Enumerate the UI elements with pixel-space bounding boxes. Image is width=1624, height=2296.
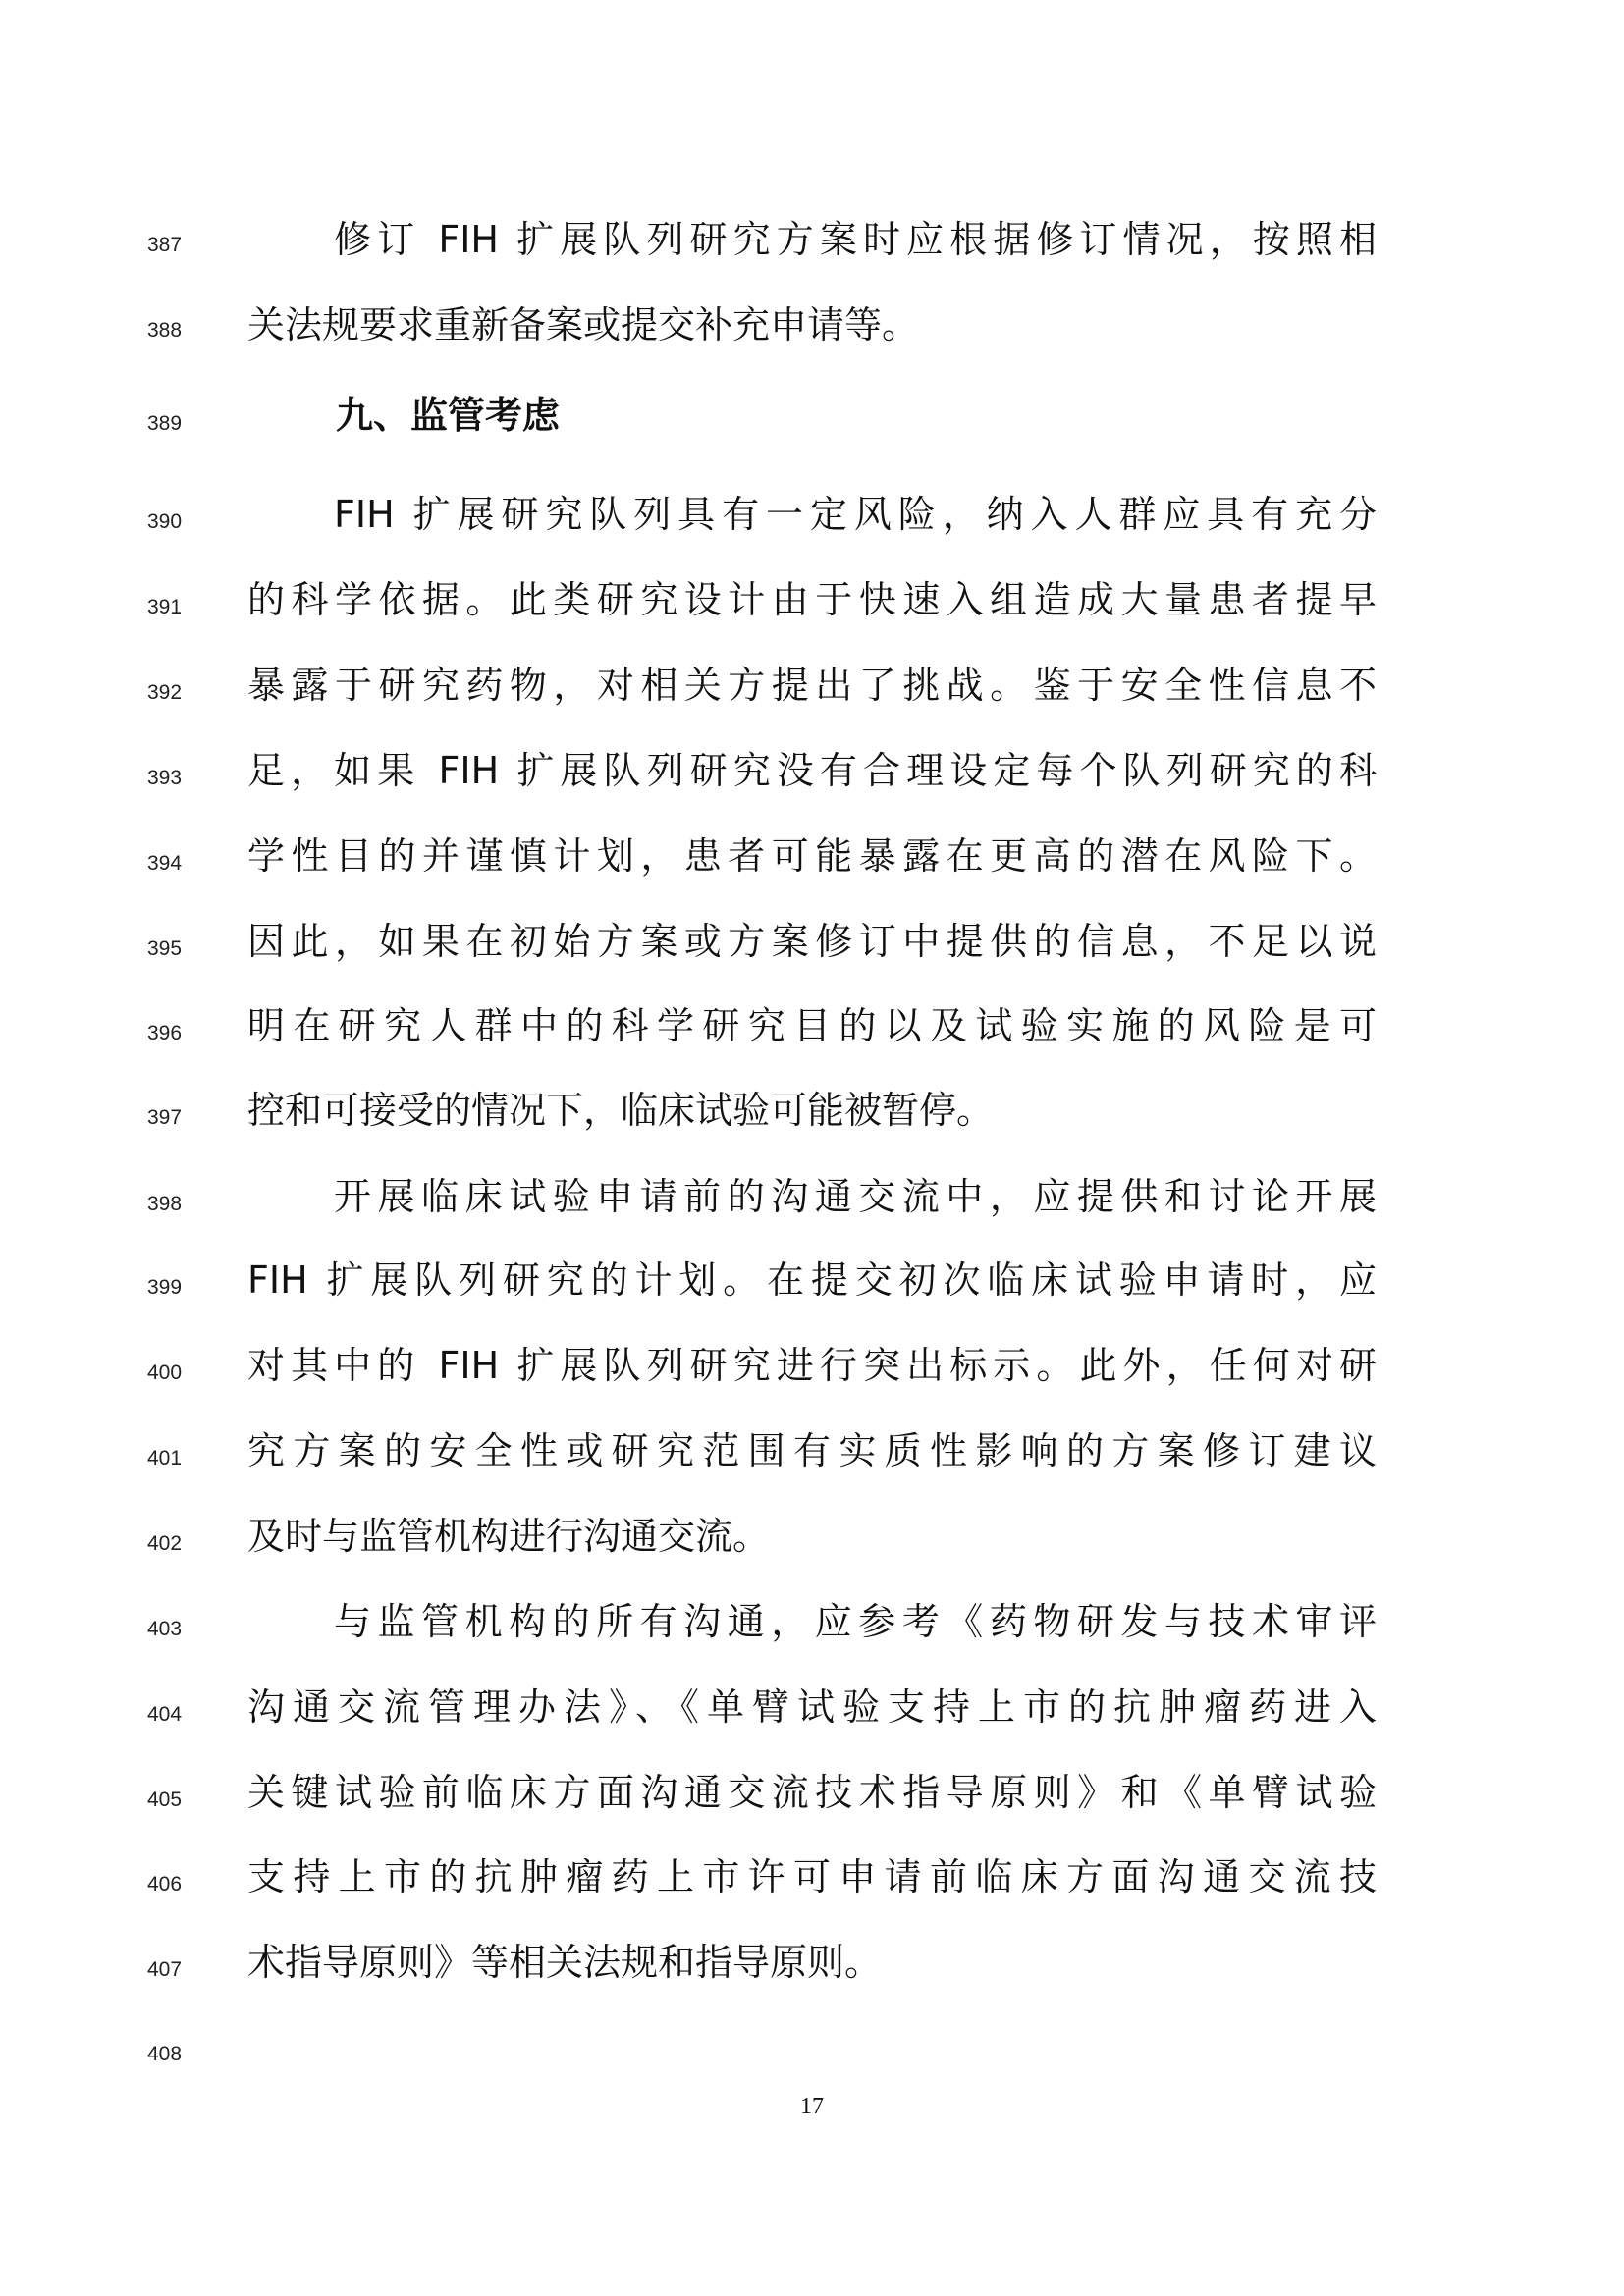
page-number: 17 [785,2094,839,2120]
paragraph-line: 关法规要求重新备案或提交补充申请等。 [247,301,1377,348]
line-number: 403 [147,1618,206,1641]
paragraph-line: 学性目的并谨慎计划，患者可能暴露在更高的潜在风险下。 [247,832,1377,880]
line-number: 388 [147,319,206,343]
paragraph-line: 对其中的 FIH 扩展队列研究进行突出标示。此外，任何对研 [247,1342,1377,1389]
line-number: 396 [147,1022,206,1045]
line-number: 407 [147,1958,206,1982]
paragraph-line: 足，如果 FIH 扩展队列研究没有合理设定每个队列研究的科 [247,747,1377,794]
paragraph-line: 开展临床试验申请前的沟通交流中，应提供和讨论开展 [334,1173,1377,1220]
line-number: 394 [147,852,206,876]
line-number: 400 [147,1362,206,1385]
section-heading: 九、监管考虑 [336,392,1465,439]
line-number: 389 [147,412,206,436]
line-number: 390 [147,510,206,534]
document-page: 387 修订 FIH 扩展队列研究方案时应根据修订情况，按照相 388 关法规要… [0,0,1624,2296]
line-number: 392 [147,681,206,705]
line-number: 398 [147,1193,206,1216]
line-number: 404 [147,1703,206,1727]
line-number: 399 [147,1276,206,1300]
paragraph-line: 及时与监管机构进行沟通交流。 [247,1513,1377,1560]
line-number: 402 [147,1532,206,1556]
paragraph-line: 沟通交流管理办法》、《单臂试验支持上市的抗肿瘤药进入 [247,1683,1377,1731]
line-number: 393 [147,767,206,790]
paragraph-line: 关键试验前临床方面沟通交流技术指导原则》和《单臂试验 [247,1769,1377,1816]
line-number: 405 [147,1789,206,1812]
paragraph-line: FIH 扩展队列研究的计划。在提交初次临床试验申请时，应 [247,1256,1377,1304]
paragraph-line: 明在研究人群中的科学研究目的以及试验实施的风险是可 [247,1002,1377,1049]
line-number: 401 [147,1447,206,1470]
paragraph-line: 控和可接受的情况下，临床试验可能被暂停。 [247,1087,1377,1134]
paragraph-line: 支持上市的抗肿瘤药上市许可申请前临床方面沟通交流技 [247,1853,1377,1900]
line-number: 391 [147,596,206,619]
line-number: 387 [147,234,206,257]
line-number: 406 [147,1873,206,1896]
paragraph-line: 修订 FIH 扩展队列研究方案时应根据修订情况，按照相 [334,216,1377,263]
line-number: 397 [147,1106,206,1130]
paragraph-line: FIH 扩展研究队列具有一定风险，纳入人群应具有充分 [334,491,1377,538]
paragraph-line: 与监管机构的所有沟通，应参考《药物研发与技术审评 [334,1598,1377,1645]
line-number: 408 [147,2043,206,2066]
paragraph-line: 暴露于研究药物，对相关方提出了挑战。鉴于安全性信息不 [247,662,1377,709]
line-number: 395 [147,937,206,961]
paragraph-line: 因此，如果在初始方案或方案修订中提供的信息，不足以说 [247,918,1377,965]
paragraph-line: 的科学依据。此类研究设计由于快速入组造成大量患者提早 [247,576,1377,623]
paragraph-line: 术指导原则》等相关法规和指导原则。 [247,1939,1377,1986]
paragraph-line: 究方案的安全性或研究范围有实质性影响的方案修订建议 [247,1427,1377,1474]
